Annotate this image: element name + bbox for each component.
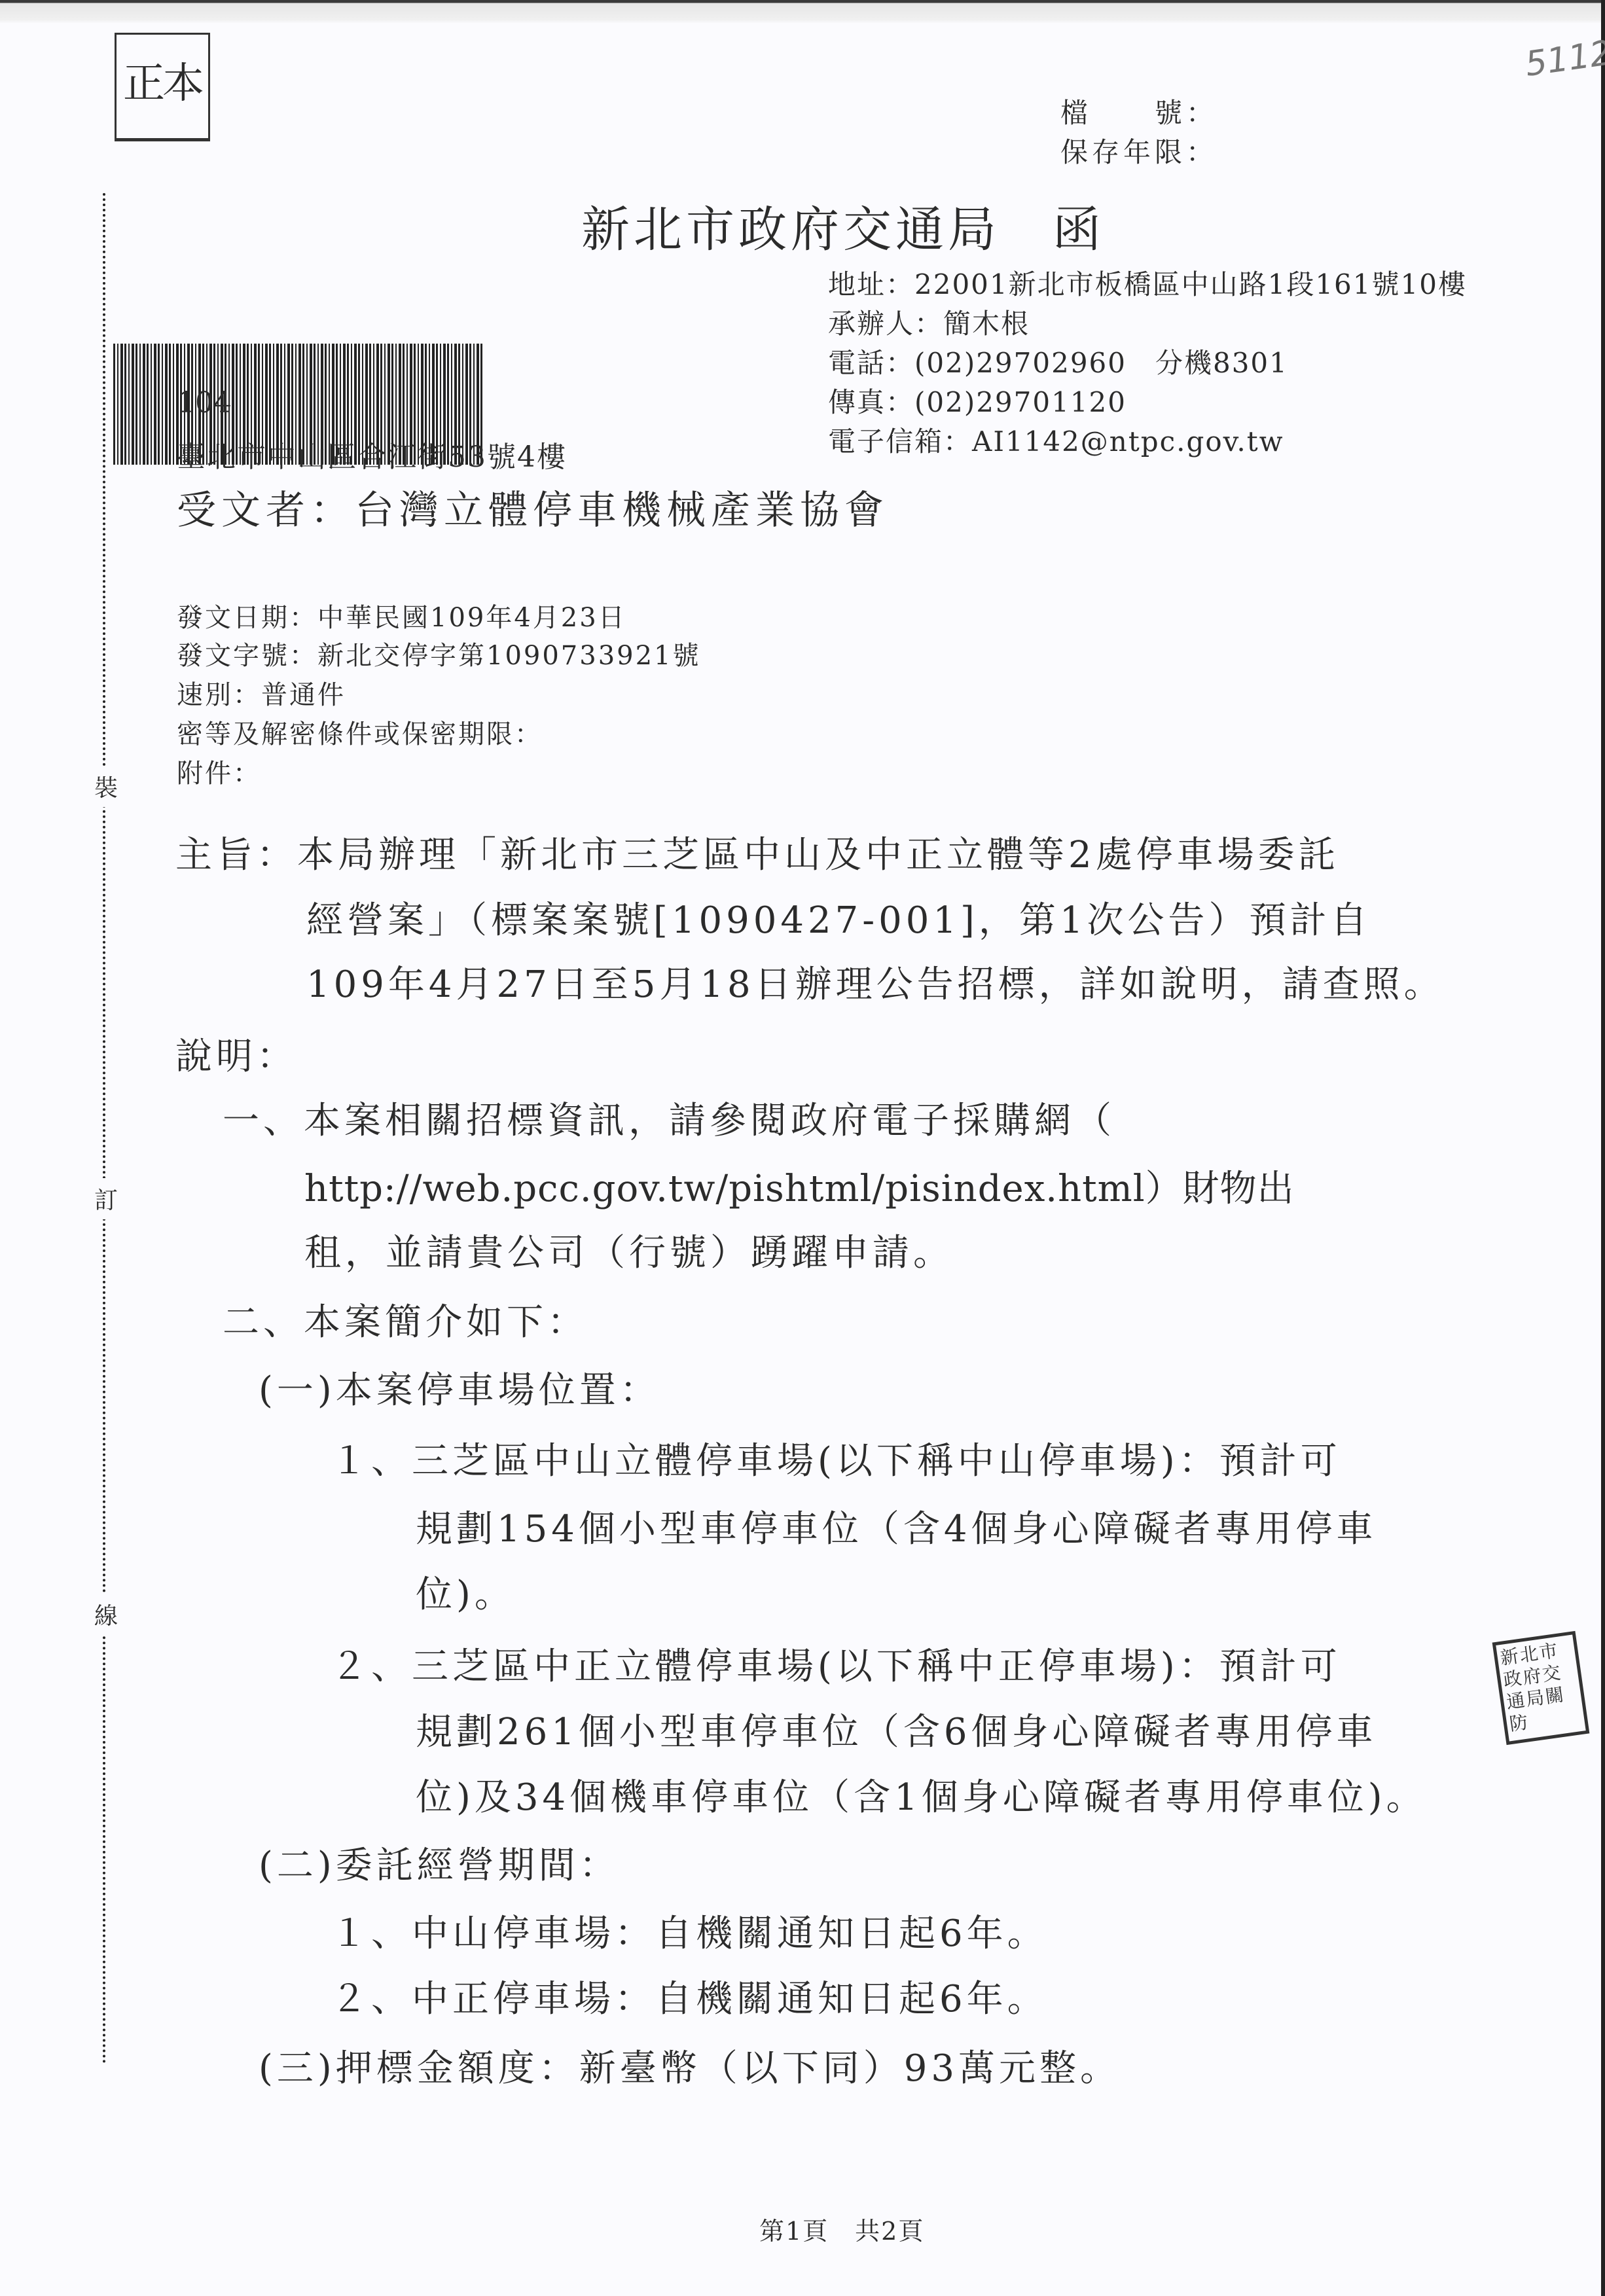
fax-number: 傳真：(02)29701120 xyxy=(828,381,1127,420)
zhongshan-line-2: 規劃154個小型車停車位（含4個身心障礙者專用停車 xyxy=(416,1500,1377,1552)
original-copy-stamp: 正本 xyxy=(115,33,210,141)
zhongzheng-line-2: 規劃261個小型車停車位（含6個身心障礙者專用停車 xyxy=(416,1703,1377,1755)
item1-line-3: 租，並請貴公司（行號）踴躍申請。 xyxy=(304,1224,954,1276)
document-title: 新北市政府交通局 函 xyxy=(581,191,1105,260)
recipient-name: 受文者：台灣立體停車機械產業協會 xyxy=(177,479,889,535)
confidentiality-level: 密等及解密條件或保密期限： xyxy=(177,713,543,751)
location-heading: (一)本案停車場位置： xyxy=(259,1361,660,1414)
sender-address: 地址：22001新北市板橋區中山路1段161號10樓 xyxy=(828,263,1467,302)
operation-period-heading: (二)委託經營期間： xyxy=(259,1837,620,1889)
operation-period-zhongzheng: ２、中正停車場：自機關通知日起6年。 xyxy=(331,1970,1048,2022)
item1-line-1: 一、本案相關招標資訊，請參閱政府電子採購網（ xyxy=(223,1092,1115,1144)
binding-mark-zhuang: 裝 xyxy=(93,766,119,807)
phone-number: 電話：(02)29702960 分機8301 xyxy=(828,342,1288,381)
postal-code: 104 xyxy=(177,386,232,420)
binding-dotted-line xyxy=(103,193,105,2065)
subject-line-3: 109年4月27日至5月18日辦理公告招標，詳如說明，請查照。 xyxy=(306,956,1445,1008)
email-address: 電子信箱：AI1142@ntpc.gov.tw xyxy=(828,420,1284,459)
page-indicator: 第1頁 共2頁 xyxy=(759,2211,924,2247)
item1-line-2-url[interactable]: http://web.pcc.gov.tw/pishtml/pisindex.h… xyxy=(304,1160,1295,1212)
bid-bond-amount: (三)押標金額度：新臺幣（以下同）93萬元整。 xyxy=(259,2039,1121,2092)
document-number: 發文字號：新北交停字第1090733921號 xyxy=(177,635,701,672)
attachments: 附件： xyxy=(177,753,261,790)
zhongzheng-line-1: ２、三芝區中正立體停車場(以下稱中正停車場)：預計可 xyxy=(331,1638,1341,1690)
operation-period-zhongshan: １、中山停車場：自機關通知日起6年。 xyxy=(331,1905,1048,1957)
officer-name: 承辦人：簡木根 xyxy=(828,302,1030,342)
file-number-label: 檔 號： xyxy=(1060,92,1217,131)
delivery-speed: 速別：普通件 xyxy=(177,674,346,711)
recipient-address: 臺北市中山區合江街53號4樓 xyxy=(177,433,567,475)
zhongzheng-line-3: 位)及34個機車停車位（含1個身心障礙者專用停車位)。 xyxy=(416,1768,1427,1821)
binding-mark-ding: 訂 xyxy=(93,1178,119,1219)
explanation-heading: 說明： xyxy=(175,1028,297,1080)
subject-line-2: 經營案」（標案案號[1090427-001]，第1次公告）預計自 xyxy=(306,891,1371,944)
binding-mark-xian: 線 xyxy=(93,1594,119,1635)
zhongshan-line-3: 位)。 xyxy=(416,1566,515,1618)
scan-right-edge xyxy=(1601,0,1605,2296)
retention-period-label: 保存年限： xyxy=(1060,131,1217,170)
issue-date: 發文日期：中華民國109年4月23日 xyxy=(177,597,626,634)
zhongshan-line-1: １、三芝區中山立體停車場(以下稱中山停車場)：預計可 xyxy=(331,1432,1341,1484)
item2-heading: 二、本案簡介如下： xyxy=(223,1293,588,1346)
subject-line-1: 主旨：本局辦理「新北市三芝區中山及中正立體等2處停車場委託 xyxy=(175,826,1339,878)
handwritten-note: 5112 xyxy=(1523,33,1605,84)
scan-top-edge xyxy=(0,0,1605,24)
official-seal: 新北市政府交通局關防 xyxy=(1492,1631,1590,1745)
